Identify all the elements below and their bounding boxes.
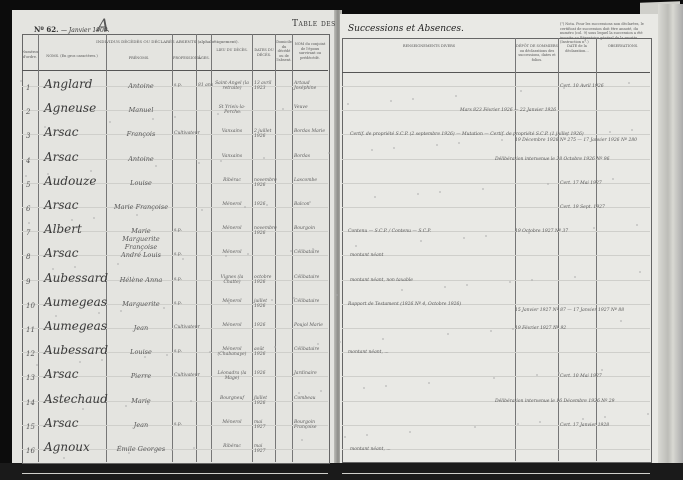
paper-speck — [547, 183, 549, 185]
entry-date: 13 avril 1923 — [254, 81, 274, 91]
paper-speck — [636, 224, 638, 226]
entry-given-name: Marie Marguerite Françoise — [112, 227, 170, 251]
paper-speck — [190, 400, 192, 402]
paper-speck — [25, 175, 27, 177]
entry-profession: s.p. — [174, 277, 195, 282]
paper-speck — [601, 369, 603, 371]
entry-date: mai 1927 — [254, 420, 274, 430]
paper-speck — [420, 240, 422, 242]
right-header-rule — [342, 72, 650, 73]
col-header-deposit: DÉPÔT DE SOMMIERS ou déclarations des su… — [516, 44, 558, 62]
entry-given-name: Manuel — [112, 106, 170, 114]
paper-speck — [620, 320, 622, 322]
entry-place: Vanxains — [213, 129, 251, 134]
entry-spouse: Veuve — [294, 105, 326, 110]
paper-speck — [458, 142, 460, 144]
entry-number: 13 — [26, 374, 35, 382]
paper-speck — [63, 457, 65, 459]
entry-given-name: Marie — [112, 397, 170, 405]
paper-speck — [20, 80, 22, 82]
paper-speck — [244, 206, 246, 208]
paper-speck — [439, 191, 441, 193]
paper-speck — [393, 147, 395, 149]
row-rule — [342, 255, 650, 256]
paper-speck — [647, 413, 649, 415]
entry-given-name: Jean — [112, 324, 170, 332]
entry-given-name: Louise — [112, 179, 170, 187]
paper-speck — [639, 271, 641, 273]
paper-speck — [301, 439, 303, 441]
paper-speck — [147, 403, 149, 405]
left-header-rule — [22, 70, 328, 71]
entry-spouse: Célibataire — [294, 299, 326, 304]
paper-speck — [290, 250, 292, 252]
entry-number: 4 — [26, 157, 30, 165]
paper-speck — [174, 116, 176, 118]
paper-speck — [263, 157, 265, 159]
col-divider — [252, 34, 253, 462]
entry-place: Léonadra (la Mage) — [213, 371, 251, 381]
paper-speck — [98, 312, 100, 314]
annotation-note: montant néant, ... — [348, 350, 389, 355]
paper-speck — [128, 452, 130, 454]
paper-speck — [274, 346, 276, 348]
entry-profession: Cultivateur — [174, 131, 195, 136]
entry-surname: Agneuse — [44, 101, 96, 115]
entry-number: 14 — [26, 399, 35, 407]
paper-speck — [409, 431, 411, 433]
col-header-spouse: NOM du conjoint de l'époux survivant ou … — [293, 42, 327, 60]
col-divider — [211, 34, 212, 462]
paper-speck — [401, 289, 403, 291]
entry-place: Vignes (la Chatte) — [213, 275, 251, 285]
paper-speck — [371, 149, 373, 151]
entry-given-name: Antoine — [112, 155, 170, 163]
paper-speck — [217, 113, 219, 115]
entry-number: 11 — [26, 326, 35, 334]
annotation-note: Cert. 10 Avril 1926 — [560, 84, 604, 89]
entry-number: 2 — [26, 108, 30, 116]
entry-spouse: Poujol Marie — [294, 323, 326, 328]
paper-speck — [309, 201, 311, 203]
entry-place: Ménerol — [213, 323, 251, 328]
paper-speck — [455, 95, 457, 97]
paper-speck — [71, 219, 73, 221]
entry-profession: Cultivateur — [174, 373, 195, 378]
col-header-date: DATES DU DÉCÈS. — [253, 48, 275, 57]
title-left: Table des — [292, 19, 336, 29]
annotation-note: 19 Octobre 1927 Nº 37 — [515, 229, 568, 234]
entry-number: 6 — [26, 205, 30, 213]
paper-speck — [193, 447, 195, 449]
col-header-domicile: Domicile du décédé ou de l'absent. — [276, 40, 292, 63]
paper-speck — [152, 118, 154, 120]
paper-speck — [328, 152, 330, 154]
entry-spouse: Célibataire — [294, 347, 326, 352]
row-rule — [342, 473, 650, 474]
row-rule — [342, 328, 650, 329]
entry-place: Bourgneuf — [213, 396, 251, 401]
paper-speck — [255, 395, 257, 397]
paper-speck — [493, 377, 495, 379]
paper-speck — [344, 436, 346, 438]
paper-speck — [436, 144, 438, 146]
paper-speck — [585, 85, 587, 87]
entry-date: août 1926 — [254, 347, 274, 357]
paper-speck — [136, 214, 138, 216]
annotation-note: 19 Février 1927 Nº 92 — [515, 326, 566, 331]
paper-speck — [363, 387, 365, 389]
entry-surname: Arsac — [44, 416, 78, 430]
paper-speck — [101, 359, 103, 361]
entry-surname: Aubessard — [44, 343, 108, 357]
entry-surname: Arsac — [44, 367, 78, 381]
paper-speck — [198, 162, 200, 164]
entry-profession: s.p. — [174, 349, 195, 354]
annotation-note: Mars 823 Février 1926 — 22 Janvier 1926 — [460, 108, 556, 113]
register-letter: A — [97, 16, 109, 36]
paper-speck — [463, 237, 465, 239]
entry-given-name: Émile Georges — [112, 445, 170, 453]
paper-speck — [466, 284, 468, 286]
paper-speck — [582, 418, 584, 420]
entry-date: mai 1927 — [254, 444, 274, 454]
paper-speck — [74, 266, 76, 268]
paper-speck — [536, 374, 538, 376]
annotation-note: Rapport de Testament (1926 Nº 4, Octobre… — [348, 302, 461, 307]
entry-given-name: André Louis — [112, 251, 170, 259]
entry-spouse: Combeau — [294, 396, 326, 401]
col-header-order: Numéros d'ordre. — [22, 50, 38, 59]
paper-speck — [558, 372, 560, 374]
paper-speck — [117, 263, 119, 265]
col-divider — [596, 38, 597, 461]
paper-speck — [220, 160, 222, 162]
paper-speck — [517, 423, 519, 425]
entry-surname: Audouze — [44, 174, 96, 188]
entry-place: Ménerol (Chabanaye) — [213, 347, 251, 357]
entry-surname: Aumegeas — [44, 295, 107, 309]
paper-speck — [604, 416, 606, 418]
paper-speck — [293, 297, 295, 299]
entry-date: 1926 — [254, 371, 274, 376]
annotation-note: Cert. 19 Sept. 1927 — [560, 205, 605, 210]
entry-place: Ribérac — [213, 444, 251, 449]
paper-speck — [609, 131, 611, 133]
annotation-note: montant néant, ... — [350, 447, 391, 452]
annotation-note: Contenu — S.C.P. / Contenu — S.C.P. — [348, 229, 431, 234]
annotation-note: Cert. 17 Janvier 1928 — [560, 423, 609, 428]
entry-number: 16 — [26, 447, 35, 455]
paper-speck — [44, 126, 46, 128]
paper-speck — [320, 390, 322, 392]
paper-speck — [447, 333, 449, 335]
paper-speck — [225, 255, 227, 257]
col-divider — [558, 38, 559, 461]
entry-place: Saint-Angel (la retraite) — [213, 81, 251, 91]
col-header-names: NOMS. (En gros caractères.) — [40, 54, 104, 59]
entry-spouse: Bourgoin Françoise — [294, 420, 326, 430]
entry-surname: Aubessard — [44, 271, 108, 285]
paper-speck — [539, 421, 541, 423]
annotation-note: Certif. de propriété S.C.P. (2 septembre… — [350, 132, 584, 137]
paper-speck — [266, 204, 268, 206]
col-header-given: PRÉNOMS. — [108, 56, 170, 61]
paper-speck — [298, 392, 300, 394]
entry-spouse: Bourgoin — [294, 226, 326, 231]
entry-given-name: Marguerite — [112, 300, 170, 308]
col-divider — [292, 34, 293, 462]
entry-spouse: Célibataire — [294, 250, 326, 255]
paper-speck — [501, 139, 503, 141]
entry-number: 9 — [26, 278, 30, 286]
entry-number: 10 — [26, 302, 35, 310]
paper-speck — [528, 232, 530, 234]
paper-speck — [28, 222, 30, 224]
entry-given-name: Antoine — [112, 82, 170, 90]
paper-speck — [474, 426, 476, 428]
paper-speck — [312, 248, 314, 250]
entry-profession: s.p. — [174, 301, 195, 306]
paper-speck — [90, 170, 92, 172]
entry-surname: Arsac — [44, 150, 78, 164]
register-number-label: Nº 62. — [34, 25, 59, 34]
paper-speck — [382, 338, 384, 340]
paper-speck — [182, 258, 184, 260]
entry-place: Ménerol — [213, 420, 251, 425]
annotation-note: montant néant, non taxable — [350, 278, 413, 283]
paper-speck — [109, 121, 111, 123]
col-divider — [172, 34, 173, 462]
paper-speck — [631, 129, 633, 131]
entry-given-name: François — [112, 130, 170, 138]
entry-place: Ribérac — [213, 178, 251, 183]
paper-speck — [336, 294, 338, 296]
entry-spouse: Jardinaire — [294, 371, 326, 376]
paper-speck — [490, 330, 492, 332]
scanned-register-spread: Nº 62. — Janvier 1909. A Table des Succe… — [0, 0, 683, 480]
paper-speck — [563, 87, 565, 89]
entry-surname: Astechaud — [44, 392, 108, 406]
entry-date: novembre 1926 — [254, 178, 274, 188]
annotation-note: 15 Janvier 1927 Nº 87 — 17 Janvier 1927 … — [515, 308, 624, 313]
page-stack-edge — [658, 4, 683, 474]
paper-speck — [120, 310, 122, 312]
entry-surname: Arsac — [44, 246, 78, 260]
entry-surname: Albert — [44, 222, 82, 236]
entry-given-name: Louise — [112, 348, 170, 356]
entry-given-name: Marie Françoise — [112, 203, 170, 211]
col-header-observations: OBSERVATIONS. — [597, 44, 649, 49]
entry-date: 1926 — [254, 202, 274, 207]
entry-place: Ménerol — [213, 226, 251, 231]
entry-surname: Arsac — [44, 125, 78, 139]
paper-speck — [412, 98, 414, 100]
paper-speck — [628, 82, 630, 84]
paper-speck — [339, 341, 341, 343]
paper-speck — [317, 343, 319, 345]
paper-speck — [282, 108, 284, 110]
paper-speck — [531, 279, 533, 281]
paper-speck — [166, 354, 168, 356]
entry-place: Vanxains — [213, 154, 251, 159]
annotation-note: Cert. 10 Mai 1927 — [560, 374, 602, 379]
entry-given-name: Hélène Anna — [112, 276, 170, 284]
col-header-declaration-date: DATE de la déclaration... — [559, 44, 595, 53]
col-header-profession: PROFESSIONS. — [173, 56, 195, 61]
paper-speck — [36, 364, 38, 366]
col-divider — [275, 34, 276, 462]
entry-spouse: Lascombe — [294, 178, 326, 183]
entry-surname: Anglard — [44, 77, 93, 91]
row-rule — [22, 473, 328, 474]
paper-speck — [163, 307, 165, 309]
col-divider — [196, 34, 197, 462]
paper-speck — [228, 302, 230, 304]
entry-number: 1 — [26, 84, 30, 92]
paper-speck — [612, 178, 614, 180]
entry-number: 12 — [26, 350, 35, 358]
paper-speck — [236, 444, 238, 446]
paper-speck — [417, 193, 419, 195]
left-group-header: INDIVIDUS DÉCÉDÉS OU DÉCLARÉS ABSENTS (a… — [60, 40, 275, 45]
entry-profession: s.p. — [174, 83, 195, 88]
entry-number: 7 — [26, 229, 30, 237]
paper-speck — [555, 325, 557, 327]
paper-speck — [125, 405, 127, 407]
title-right: Successions et Absences. — [348, 24, 464, 34]
entry-number: 5 — [26, 181, 30, 189]
paper-speck — [247, 253, 249, 255]
entry-date: 2 juillet 1926 — [254, 129, 274, 139]
annotation-note: 19 Décembre 1926 Nº 275 — 17 Janvier 192… — [515, 138, 637, 143]
paper-speck — [271, 299, 273, 301]
entry-spouse: Célibataire — [294, 275, 326, 280]
paper-speck — [485, 235, 487, 237]
paper-speck — [509, 281, 511, 283]
paper-speck — [79, 361, 81, 363]
paper-speck — [201, 209, 203, 211]
col-divider — [38, 34, 39, 462]
paper-speck — [47, 173, 49, 175]
paper-speck — [239, 111, 241, 113]
paper-speck — [428, 382, 430, 384]
paper-speck — [155, 165, 157, 167]
bottom-shadow — [0, 463, 683, 480]
entry-profession: s.p. — [174, 252, 195, 257]
paper-speck — [355, 245, 357, 247]
annotation-note: Délibération intervenue le 16 Décembre 1… — [495, 399, 615, 404]
entry-profession: Cultivateur — [174, 325, 195, 330]
paper-speck — [520, 90, 522, 92]
entry-date: novembre 1926 — [254, 226, 274, 236]
entry-number: 3 — [26, 132, 30, 140]
entry-given-name: Pierre — [112, 372, 170, 380]
paper-speck — [209, 351, 211, 353]
entry-date: 1926 — [254, 323, 274, 328]
entry-spouse: Artaud Joséphine — [294, 81, 326, 91]
paper-speck — [144, 356, 146, 358]
paper-speck — [512, 328, 514, 330]
entry-place: Ménerol — [213, 250, 251, 255]
col-header-age: ÂGES. — [197, 56, 211, 61]
annotation-note: Cert. 17 Mai 1927 — [560, 181, 602, 186]
paper-speck — [93, 217, 95, 219]
entry-place: Ménerol — [213, 299, 251, 304]
entry-number: 15 — [26, 423, 35, 431]
paper-speck — [574, 276, 576, 278]
paper-speck — [52, 268, 54, 270]
col-divider — [515, 38, 516, 461]
paper-speck — [593, 227, 595, 229]
paper-speck — [366, 434, 368, 436]
paper-speck — [374, 196, 376, 198]
entry-surname: Arsac — [44, 198, 78, 212]
entry-date: juillet 1926 — [254, 396, 274, 406]
row-rule — [342, 376, 650, 377]
entry-age: 81 ans — [198, 83, 213, 88]
entry-surname: Aumegeas — [44, 319, 107, 333]
paper-speck — [385, 385, 387, 387]
row-rule — [342, 183, 650, 184]
entry-spouse: Bordas Marie — [294, 129, 326, 134]
paper-speck — [82, 408, 84, 410]
paper-speck — [444, 286, 446, 288]
paper-speck — [482, 188, 484, 190]
entry-profession: s.p. — [174, 422, 195, 427]
paper-speck — [566, 134, 568, 136]
col-header-place: LIEU DU DÉCÈS. — [212, 48, 252, 53]
entry-profession: s.p. — [174, 228, 195, 233]
annotation-note: montant néant — [350, 253, 383, 258]
entry-given-name: Jean — [112, 421, 170, 429]
entry-date: octobre 1926 — [254, 275, 274, 285]
entry-number: 8 — [26, 253, 30, 261]
annotation-note: Délibération intervenue le 28 Octobre 19… — [495, 157, 610, 162]
paper-speck — [347, 103, 349, 105]
entry-spouse: Bordas — [294, 154, 326, 159]
paper-speck — [390, 100, 392, 102]
entry-surname: Agnoux — [44, 440, 90, 454]
paper-speck — [171, 449, 173, 451]
paper-speck — [55, 315, 57, 317]
col-header-misc: RENSEIGNEMENTS DIVERS — [345, 44, 513, 49]
